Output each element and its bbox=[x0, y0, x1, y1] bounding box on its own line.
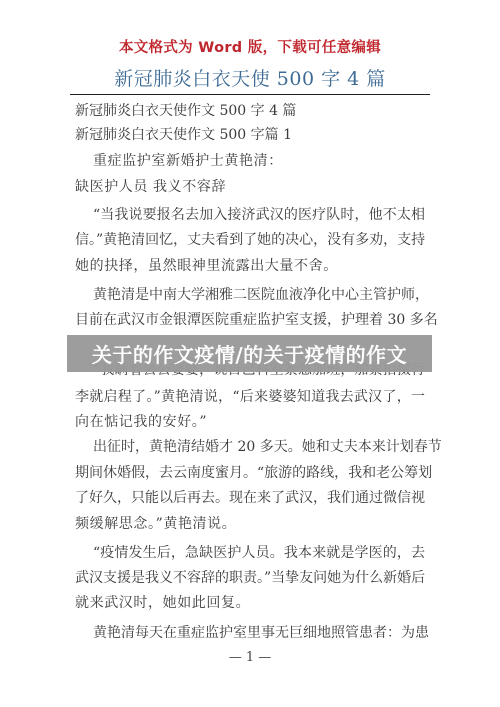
paragraph-line: “当我说要报名去加入接济武汉的医疗队时，他不太相 bbox=[93, 204, 425, 226]
paragraph-line: 黄艳清每天在重症监护室里事无巨细地照管患者：为患 bbox=[93, 622, 425, 644]
document-page: 本文格式为 Word 版，下载可任意编辑 新冠肺炎白衣天使 500 字 4 篇 … bbox=[0, 0, 500, 707]
section-heading: 重症监护室新婚护士黄艳清： bbox=[93, 150, 425, 172]
paragraph-line: 期间休婚假，去云南度蜜月。“旅游的路线，我和老公筹划 bbox=[75, 462, 425, 484]
paragraph-line: 李就启程了。”黄艳清说，“后来婆婆知道我去武汉了，一 bbox=[75, 386, 425, 408]
title-overlay-banner: 关于的作文疫情/的关于疫情的作文 bbox=[67, 335, 432, 372]
paragraph-line: 了好久，只能以后再去。现在来了武汉，我们通过微信视 bbox=[75, 487, 425, 509]
banner-text: 关于的作文疫情/的关于疫情的作文 bbox=[92, 339, 407, 368]
word-format-notice: 本文格式为 Word 版，下载可任意编辑 bbox=[0, 36, 500, 57]
paragraph-line: 武汉支援是我义不容辞的职责。”当挚友问她为什么新婚后 bbox=[75, 567, 425, 589]
paragraph-line: “疫情发生后，急缺医护人员。我本来就是学医的，去 bbox=[93, 542, 425, 564]
title-divider bbox=[70, 94, 430, 95]
section-subheading: 缺医护人员 我义不容辞 bbox=[75, 176, 425, 198]
subtitle-line: 新冠肺炎白衣天使作文 500 字 4 篇 bbox=[75, 100, 425, 122]
page-number: — 1 — bbox=[0, 650, 500, 665]
paragraph-line: 她的抉择，虽然眼神里流露出大量不舍。 bbox=[75, 255, 425, 277]
paragraph-line: 黄艳清是中南大学湘雅二医院血液净化中心主管护师， bbox=[93, 284, 425, 306]
paragraph-line: 向在惦记我的安好。” bbox=[75, 411, 425, 433]
paragraph-line: 就来武汉时，她如此回复。 bbox=[75, 592, 425, 614]
paragraph-line: 信。”黄艳清回忆，丈夫看到了她的决心，没有多劝，支持 bbox=[75, 229, 425, 251]
essay-heading: 新冠肺炎白衣天使作文 500 字篇 1 bbox=[75, 124, 425, 146]
paragraph-line: 出征时，黄艳清结婚才 20 多天。她和丈夫本来计划春节 bbox=[93, 436, 425, 458]
paragraph-line: 目前在武汉市金银潭医院重症监护室支援，护理着 30 多名 bbox=[75, 309, 425, 331]
paragraph-line: 频缓解思念。”黄艳清说。 bbox=[75, 513, 425, 535]
document-title: 新冠肺炎白衣天使 500 字 4 篇 bbox=[0, 64, 500, 91]
